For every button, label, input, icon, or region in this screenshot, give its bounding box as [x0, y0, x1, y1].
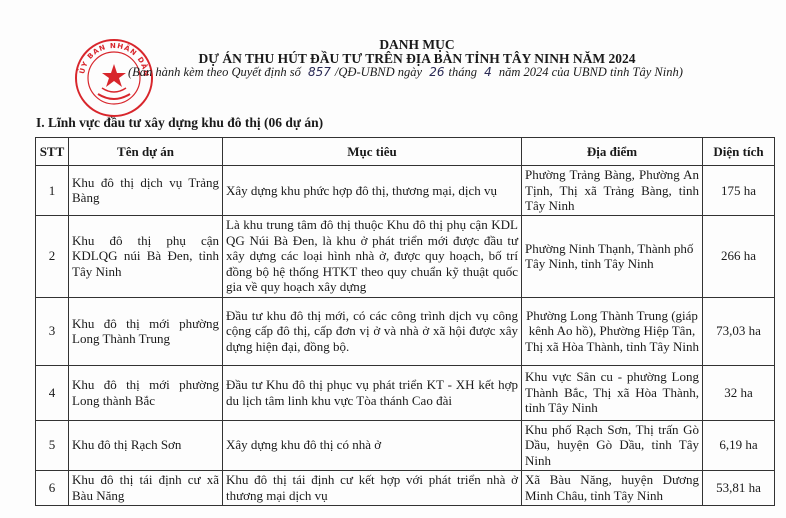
cell-stt: 5: [36, 420, 69, 470]
header-area: Diện tích: [703, 138, 775, 166]
cell-stt: 1: [36, 166, 69, 216]
cell-location: Xã Bàu Năng, huyện Dương Minh Châu, tỉnh…: [522, 470, 703, 505]
cell-location: Khu phố Rạch Sơn, Thị trấn Gò Dầu, huyện…: [522, 420, 703, 470]
table-row: 4 Khu đô thị mới phường Long thành Bắc Đ…: [36, 365, 775, 420]
section-title: I. Lĩnh vực đầu tư xây dựng khu đô thị (…: [36, 115, 323, 131]
cell-area: 53,81 ha: [703, 470, 775, 505]
decision-day: 26: [425, 65, 448, 79]
cell-goal: Xây dựng khu phức hợp đô thị, thương mại…: [223, 166, 522, 216]
subtitle-mid2: tháng: [448, 65, 476, 79]
header-location: Địa điểm: [522, 138, 703, 166]
cell-name: Khu đô thị tái định cư xã Bàu Năng: [69, 470, 223, 505]
cell-name: Khu đô thị mới phường Long thành Bắc: [69, 365, 223, 420]
cell-area: 6,19 ha: [703, 420, 775, 470]
cell-goal: Khu đô thị tái định cư kết hợp với phát …: [223, 470, 522, 505]
header-name: Tên dự án: [69, 138, 223, 166]
cell-goal: Đầu tư Khu đô thị phục vụ phát triển KT …: [223, 365, 522, 420]
cell-location: Khu vực Sân cu - phường Long Thành Bắc, …: [522, 365, 703, 420]
table-row: 5 Khu đô thị Rạch Sơn Xây dựng khu đô th…: [36, 420, 775, 470]
cell-area: 266 ha: [703, 215, 775, 297]
cell-name: Khu đô thị phụ cận KDLQG núi Bà Đen, tỉn…: [69, 215, 223, 297]
cell-goal: Là khu trung tâm đô thị thuộc Khu đô thị…: [223, 215, 522, 297]
decision-month: 4: [480, 65, 496, 79]
cell-location: Phường Trảng Bàng, Phường An Tịnh, Thị x…: [522, 166, 703, 216]
cell-name: Khu đô thị mới phường Long Thành Trung: [69, 297, 223, 365]
cell-area: 175 ha: [703, 166, 775, 216]
document-subtitle: (Ban hành kèm theo Quyết định số 857/QĐ-…: [128, 65, 683, 80]
cell-goal: Xây dựng khu đô thị có nhà ở: [223, 420, 522, 470]
table-header-row: STT Tên dự án Mục tiêu Địa điểm Diện tíc…: [36, 138, 775, 166]
cell-location: Phường Ninh Thạnh, Thành phố Tây Ninh, t…: [522, 215, 703, 297]
cell-area: 73,03 ha: [703, 297, 775, 365]
table-row: 2 Khu đô thị phụ cận KDLQG núi Bà Đen, t…: [36, 215, 775, 297]
cell-stt: 2: [36, 215, 69, 297]
header-stt: STT: [36, 138, 69, 166]
projects-table: STT Tên dự án Mục tiêu Địa điểm Diện tíc…: [35, 137, 775, 506]
cell-name: Khu đô thị Rạch Sơn: [69, 420, 223, 470]
subtitle-mid1: /QĐ-UBND ngày: [335, 65, 422, 79]
cell-stt: 4: [36, 365, 69, 420]
cell-area: 32 ha: [703, 365, 775, 420]
cell-goal: Đầu tư khu đô thị mới, có các công trình…: [223, 297, 522, 365]
subtitle-suffix: năm 2024 của UBND tỉnh Tây Ninh): [499, 65, 683, 79]
cell-stt: 3: [36, 297, 69, 365]
subtitle-prefix: (Ban hành kèm theo Quyết định số: [128, 65, 301, 79]
decision-number: 857: [304, 65, 335, 79]
table-row: 1 Khu đô thị dịch vụ Trảng Bàng Xây dựng…: [36, 166, 775, 216]
cell-location: Phường Long Thành Trung (giáp kênh Ao hồ…: [522, 297, 703, 365]
table-row: 3 Khu đô thị mới phường Long Thành Trung…: [36, 297, 775, 365]
header-goal: Mục tiêu: [223, 138, 522, 166]
table-row: 6 Khu đô thị tái định cư xã Bàu Năng Khu…: [36, 470, 775, 505]
cell-stt: 6: [36, 470, 69, 505]
cell-name: Khu đô thị dịch vụ Trảng Bàng: [69, 166, 223, 216]
